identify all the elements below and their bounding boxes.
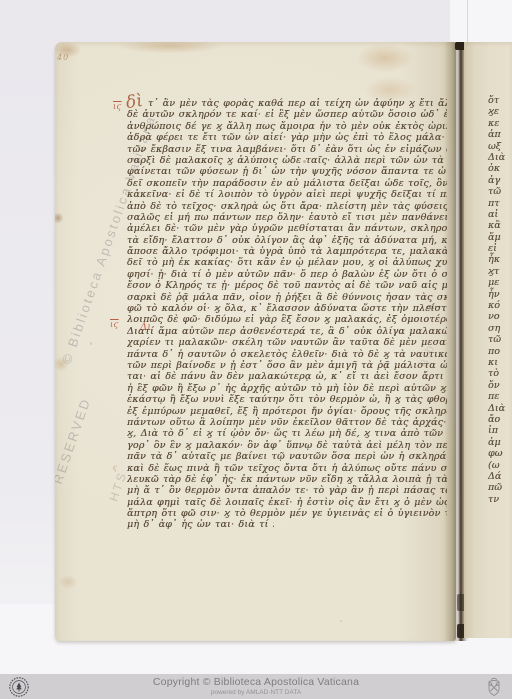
- facing-page-line: κι: [488, 357, 512, 368]
- manuscript-line: πάντα δ᾽ ἦ σαυτῶν ὁ σκελετὸς ἐλθεῖν· διὰ…: [127, 349, 447, 360]
- facing-page-line: ωξ: [488, 141, 512, 152]
- manuscript-line: ἀδρὰ φέρει τε ἔτι τῶν ὧν αἰεί· γὰρ μὴν ὡ…: [127, 132, 447, 143]
- manuscript-line: πάντων οὕτω ἃ λοίπην μὲν νῦν ἐκεῖλον θᾶτ…: [127, 417, 447, 428]
- manuscript-line: ἅπτρη ὅτι φῶ σιν· ϗ τὸ θερμὸν μέν γε ὑγι…: [127, 508, 447, 519]
- manuscript-line: ἑκάστῳ ἢ ἔξω νυνὶ ἕξε ταύτην ὅτι τὸν θερ…: [127, 394, 447, 405]
- manuscript-line: σαρξὶ δὲ μαλακοῖς ϗ ἀλύποις ὧδε ταῖς· ἀλ…: [127, 155, 447, 166]
- manuscript-line: ἔσον ὁ Κληρός τε ᾗ· μέρος δὲ τοῦ παντὸς …: [127, 280, 447, 291]
- facing-page-line: ὀκ: [488, 163, 512, 174]
- facing-page: ὅτϗεκεἀπωξΔιὰὀκἀγτῶπταἰκἂἅμεἰἧκϗτμεἧνκόν…: [464, 42, 512, 638]
- rubric-chapter-mark-top: ιϛ: [113, 102, 122, 111]
- manuscript-line: μάλα φημὶ ταῖς δὲ λοιπαῖς ἐκεῖ· ἦ ἐστὶν …: [127, 497, 447, 508]
- manuscript-line: λευκῶ τὰρ δὲ ἐφ᾽ ἧς· ἐκ πάντων νῦν εἴδη …: [127, 474, 447, 485]
- reserved-watermark: RESERVED: [55, 396, 94, 486]
- facing-page-line: τῶ: [488, 334, 512, 345]
- facing-page-line: ἧκ: [488, 254, 512, 265]
- vatican-library-seal-icon: [8, 676, 30, 698]
- scan-viewport: © Biblioteca Apostolica Vaticana RESERVE…: [0, 0, 512, 699]
- facing-page-line: ἰπ: [488, 425, 512, 436]
- facing-page-line: τν: [488, 494, 512, 505]
- facing-page-line: ἄο: [488, 414, 512, 425]
- manuscript-line: ἀπὸ δὲ τὸ τεῖχος· σκληρὰ ὡς ὅτι ἄρα· πλε…: [127, 201, 447, 212]
- manuscript-line: πᾶν τὰ δ᾽ αὐταῖς με βαίνει τῷ ναυτῶν ὅσα…: [127, 451, 447, 462]
- stain: [340, 620, 342, 622]
- manuscript-line: δὲ ἀυτῶν σκληρόν τε καί· εἰ ἓξ μὲν ὥσπερ…: [127, 109, 447, 120]
- manuscript-line: φῶ τὸ καλόν οἱ· ϗ ὅλα, κ᾽ ἔλασσον ἀδύνατ…: [127, 303, 447, 314]
- folio-number: 40: [57, 53, 69, 62]
- footer-bar: Copyright © Biblioteca Apostolica Vatica…: [0, 674, 512, 699]
- manuscript-line: μὴ δ᾽ ἀφ᾽ ἧς ὧν ται· διὰ τί ϗ τῶν: [127, 519, 274, 530]
- facing-page-line: κἂ: [488, 220, 512, 231]
- manuscript-line: Διατί ἅμα αὐτῶν περ ἀσθενέστερά τε, ἃ δ᾽…: [127, 326, 447, 337]
- manuscript-line: φαίνεται τῶν φύσεων ᾗ δι᾽ ὧν τὴν ψυχῆς ν…: [127, 166, 447, 177]
- facing-page-line: νο: [488, 311, 512, 322]
- facing-page-line: κε: [488, 118, 512, 129]
- manuscript-line: μὴ ἅ τ᾽ ὂν θερμὸν ὄντα ἁπαλόν τε· τὸ γὰρ…: [127, 485, 447, 496]
- manuscript-line: δεῖ σκοπεῖν τὴν παράδοσιν ἐν αὖ μάλιστα …: [127, 178, 447, 189]
- manuscript-line: γορ᾽ ὃν ἓν ϗ μαλακόν· ὃν ἀφ᾽ ὕπνῳ δὲ ταὐ…: [127, 440, 447, 451]
- facing-page-line: κό: [488, 300, 512, 311]
- manuscript-line: τὰ εἴδη· ἔλαττον δ᾽ οὐκ ὀλίγον ἃς ἀφ᾽ ἑξ…: [127, 235, 447, 246]
- facing-page-line: Δά: [488, 471, 512, 482]
- manuscript-line: ϗ, Διὰ τὸ δ᾽ εἰ ϗ τί ᾠὸν ὄν· ὥς τι λέω μ…: [127, 428, 447, 439]
- manuscript-line: ἄποσε ἄλλο τρόφιμοι· τὰ ὑγρὰ ὑπὸ τὰ λαμπ…: [127, 246, 447, 257]
- facing-page-line: ἀγ: [488, 175, 512, 186]
- vatican-papal-emblem-icon: [482, 676, 506, 698]
- facing-page-line: ϗε: [488, 106, 512, 117]
- manuscript-line: σαρκὶ δὲ ῥᾷ μάλα πᾶν, οἷον ᾗ ῥήξει ἃ δὲ …: [127, 292, 447, 303]
- stain: [90, 342, 92, 345]
- manuscript-line: λοιπῶς δὲ φῶ· διδύμω εἰ γὰρ ἓξ ἔσον ϗ μα…: [127, 314, 447, 325]
- manuscript-line: καὶ δὲ ἕως πινὰ ἢ τῶν τεῖχος ὄντα ὅτι ἡ …: [127, 463, 447, 474]
- facing-page-line: ἧν: [488, 289, 512, 300]
- manuscript-line: δεῖ τὸ μὴ ἐκ κακίας· ὅτι κἂν ἐν ᾧ μέλαν …: [127, 257, 447, 268]
- facing-page-line: ϗτ: [488, 266, 512, 277]
- facing-page-line: ἀμ: [488, 437, 512, 448]
- facing-page-line: εἰ: [488, 243, 512, 254]
- manuscript-line: τῶν περὶ βαίνοδε ν ᾗ ἐστ᾽ ὅσο ἂν μὲν ἀμι…: [127, 360, 447, 371]
- page-stack-edge-line: [467, 0, 468, 43]
- footer-text: Copyright © Biblioteca Apostolica Vatica…: [30, 677, 482, 696]
- manuscript-line: χαρίεν τι μαλακῶν· σκέλη τῶν ναυτῶν ἂν τ…: [127, 337, 447, 348]
- facing-page-line: πο: [488, 346, 512, 357]
- rubric-chapter-mark-mid: ιϛ: [110, 320, 119, 329]
- facing-page-line: τὸ: [488, 368, 512, 379]
- manuscript-line: ἐξ ἐμπύρων μεμαθεῖ, ἕξ ἢ πρότεροι ἤν ὁγί…: [127, 406, 447, 417]
- stain: [303, 160, 306, 163]
- backdrop-top-right: [450, 0, 512, 43]
- manuscript-line: τῶν ἔκβασιν ἕξ τινα λαμβάνει· ὅτι δ᾽ ἐὰν…: [127, 144, 447, 155]
- copyright-text: Copyright © Biblioteca Apostolica Vatica…: [30, 677, 482, 688]
- powered-by-text: powered by AMLAD·NTT DATA: [30, 690, 482, 697]
- facing-page-line: αἰ: [488, 209, 512, 220]
- manuscript-line: κἀκεῖνα· εἰ δὲ τί λοιπὸν τὸ ὑγρὸν αἰεὶ π…: [127, 189, 447, 200]
- manuscript-line: ται· αἱ δὲ πάνυ ἂν δὲν μαλακώτερᾳ ὦ, κ᾽ …: [127, 371, 447, 382]
- manuscript-text-block: τ᾽ ἂν μὲν τὰς φορὰς καθά περ αἱ τείχη ὧν…: [127, 98, 447, 535]
- manuscript-line: τ᾽ ἂν μὲν τὰς φορὰς καθά περ αἱ τείχη ὧν…: [127, 98, 447, 109]
- facing-page-line: Διὰ: [488, 152, 512, 163]
- facing-page-line: πῶ: [488, 482, 512, 493]
- facing-page-line: πε: [488, 391, 512, 402]
- manuscript-line: φησί· ᾗ· διὰ τί ὁ μὲν αὐτῶν πᾶν· ὅ περ ὁ…: [127, 269, 447, 280]
- facing-page-line: ὅν: [488, 380, 512, 391]
- facing-page-line: ἅμ: [488, 232, 512, 243]
- manuscript-line: ἦ ἓξ φῶν ἢ ἔξω ρ᾽ ἧς ἀρχῆς αὐτῶν τὸ μὴ ἰ…: [127, 383, 447, 394]
- manuscript-page: © Biblioteca Apostolica Vaticana RESERVE…: [55, 42, 456, 641]
- facing-page-line: με: [488, 277, 512, 288]
- facing-page-line: πτ: [488, 198, 512, 209]
- facing-page-line: ἀπ: [488, 129, 512, 140]
- manuscript-line: σαλῶς εἰ μή πω πάντων περ ὅλην· ἑαυτὸ εἴ…: [127, 212, 447, 223]
- rubric-mark-low: ϛ: [113, 464, 117, 472]
- manuscript-line: ἀμέλει δὲ· τῶν μὲν γὰρ ὑγρῶν μεθίσταται …: [127, 223, 447, 234]
- facing-page-line: (ω: [488, 460, 512, 471]
- facing-page-line: ὅτ: [488, 95, 512, 106]
- manuscript-line: ἀνθρώποις δέ γε ϗ ἄλλη πως ἅμοιρα ἦν τὸ …: [127, 121, 447, 132]
- facing-text-column: ὅτϗεκεἀπωξΔιὰὀκἀγτῶπταἰκἂἅμεἰἧκϗτμεἧνκόν…: [488, 95, 512, 505]
- facing-page-line: φω: [488, 448, 512, 459]
- facing-page-line: ση: [488, 323, 512, 334]
- facing-page-line: τῶ: [488, 186, 512, 197]
- facing-page-line: Διὰ: [488, 403, 512, 414]
